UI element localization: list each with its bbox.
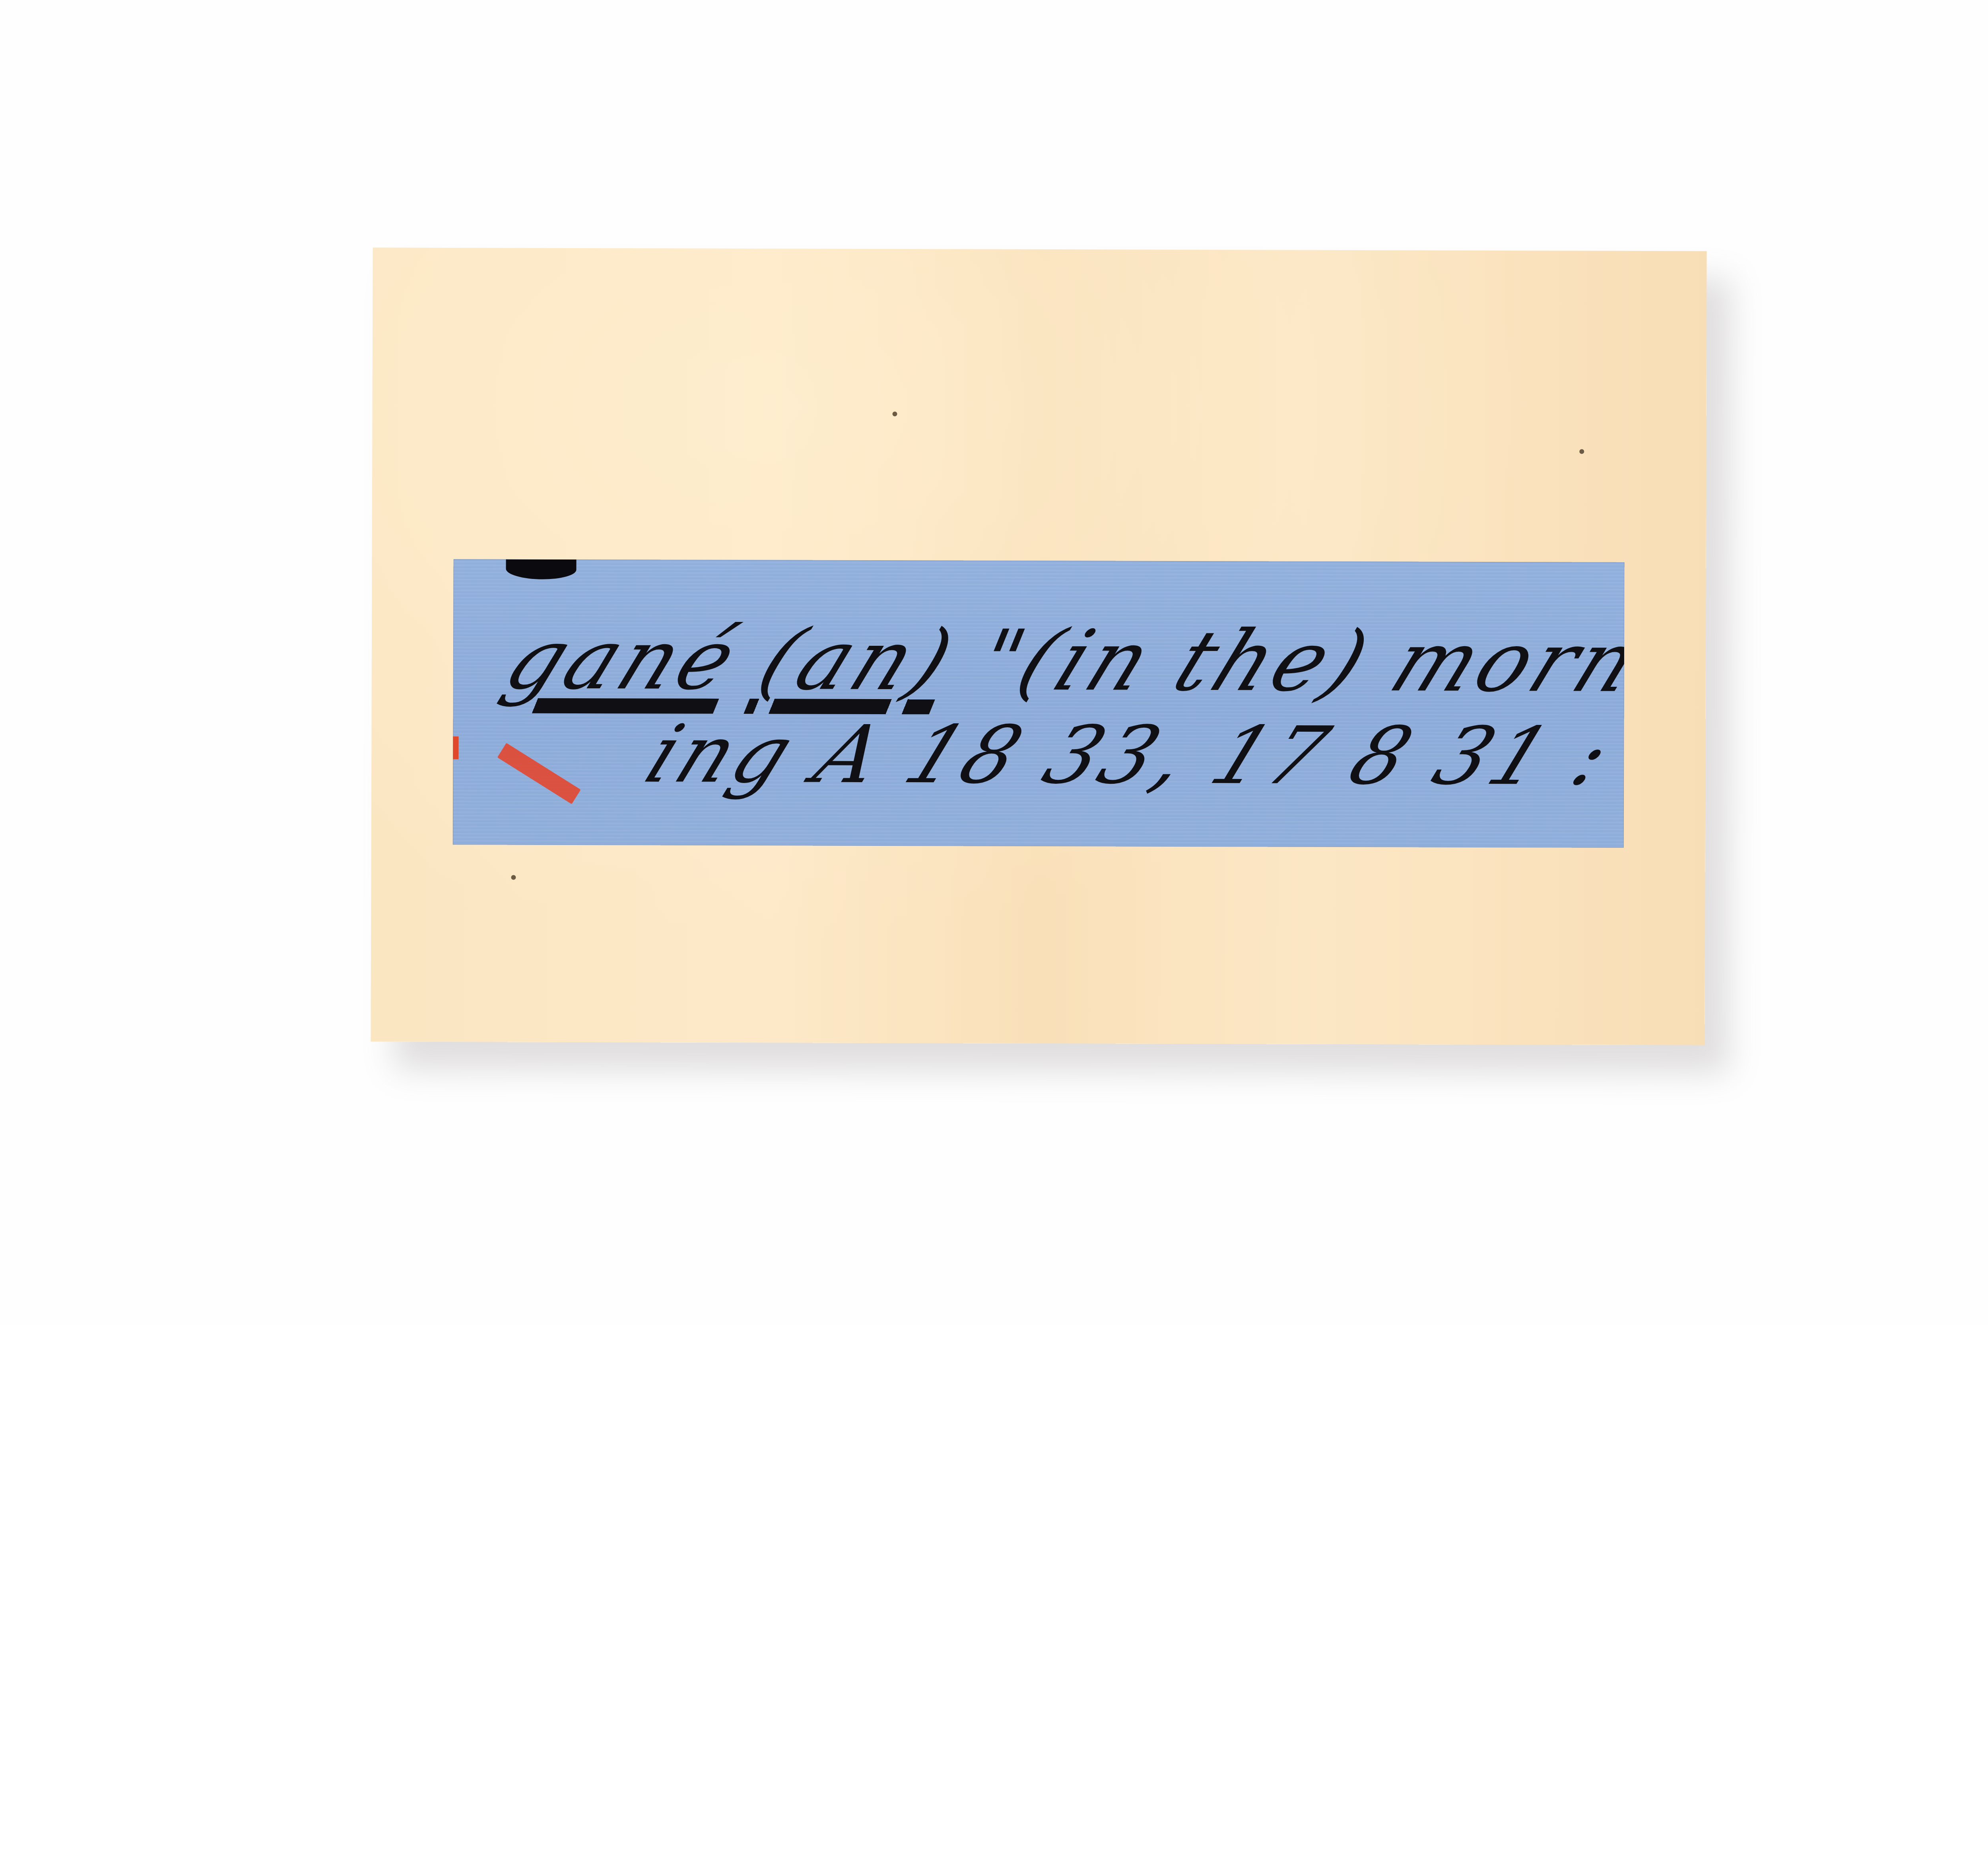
red-crayon-fragment [452,736,458,759]
paper-speck [511,875,516,880]
handwritten-phrase: "(in the) morn [962,612,1625,711]
ink-blot [506,559,577,579]
paper-speck [1580,449,1584,454]
blue-paper-strip: gané (an) "(in the) morn ing A 18 33, 17… [452,559,1625,848]
handwritten-word: (an) [745,611,971,709]
photo-stage: gané (an) "(in the) morn ing A 18 33, 17… [0,0,1988,1325]
red-crayon-mark [497,743,580,804]
handwriting-line-1: gané (an) "(in the) morn [492,610,1625,711]
handwritten-word: gané [492,610,755,708]
paper-speck [893,412,897,416]
cream-card: gané (an) "(in the) morn ing A 18 33, 17… [371,247,1706,1045]
handwriting-line-2: ing A 18 33, 17 8 31 : 11 ; [633,708,1625,804]
